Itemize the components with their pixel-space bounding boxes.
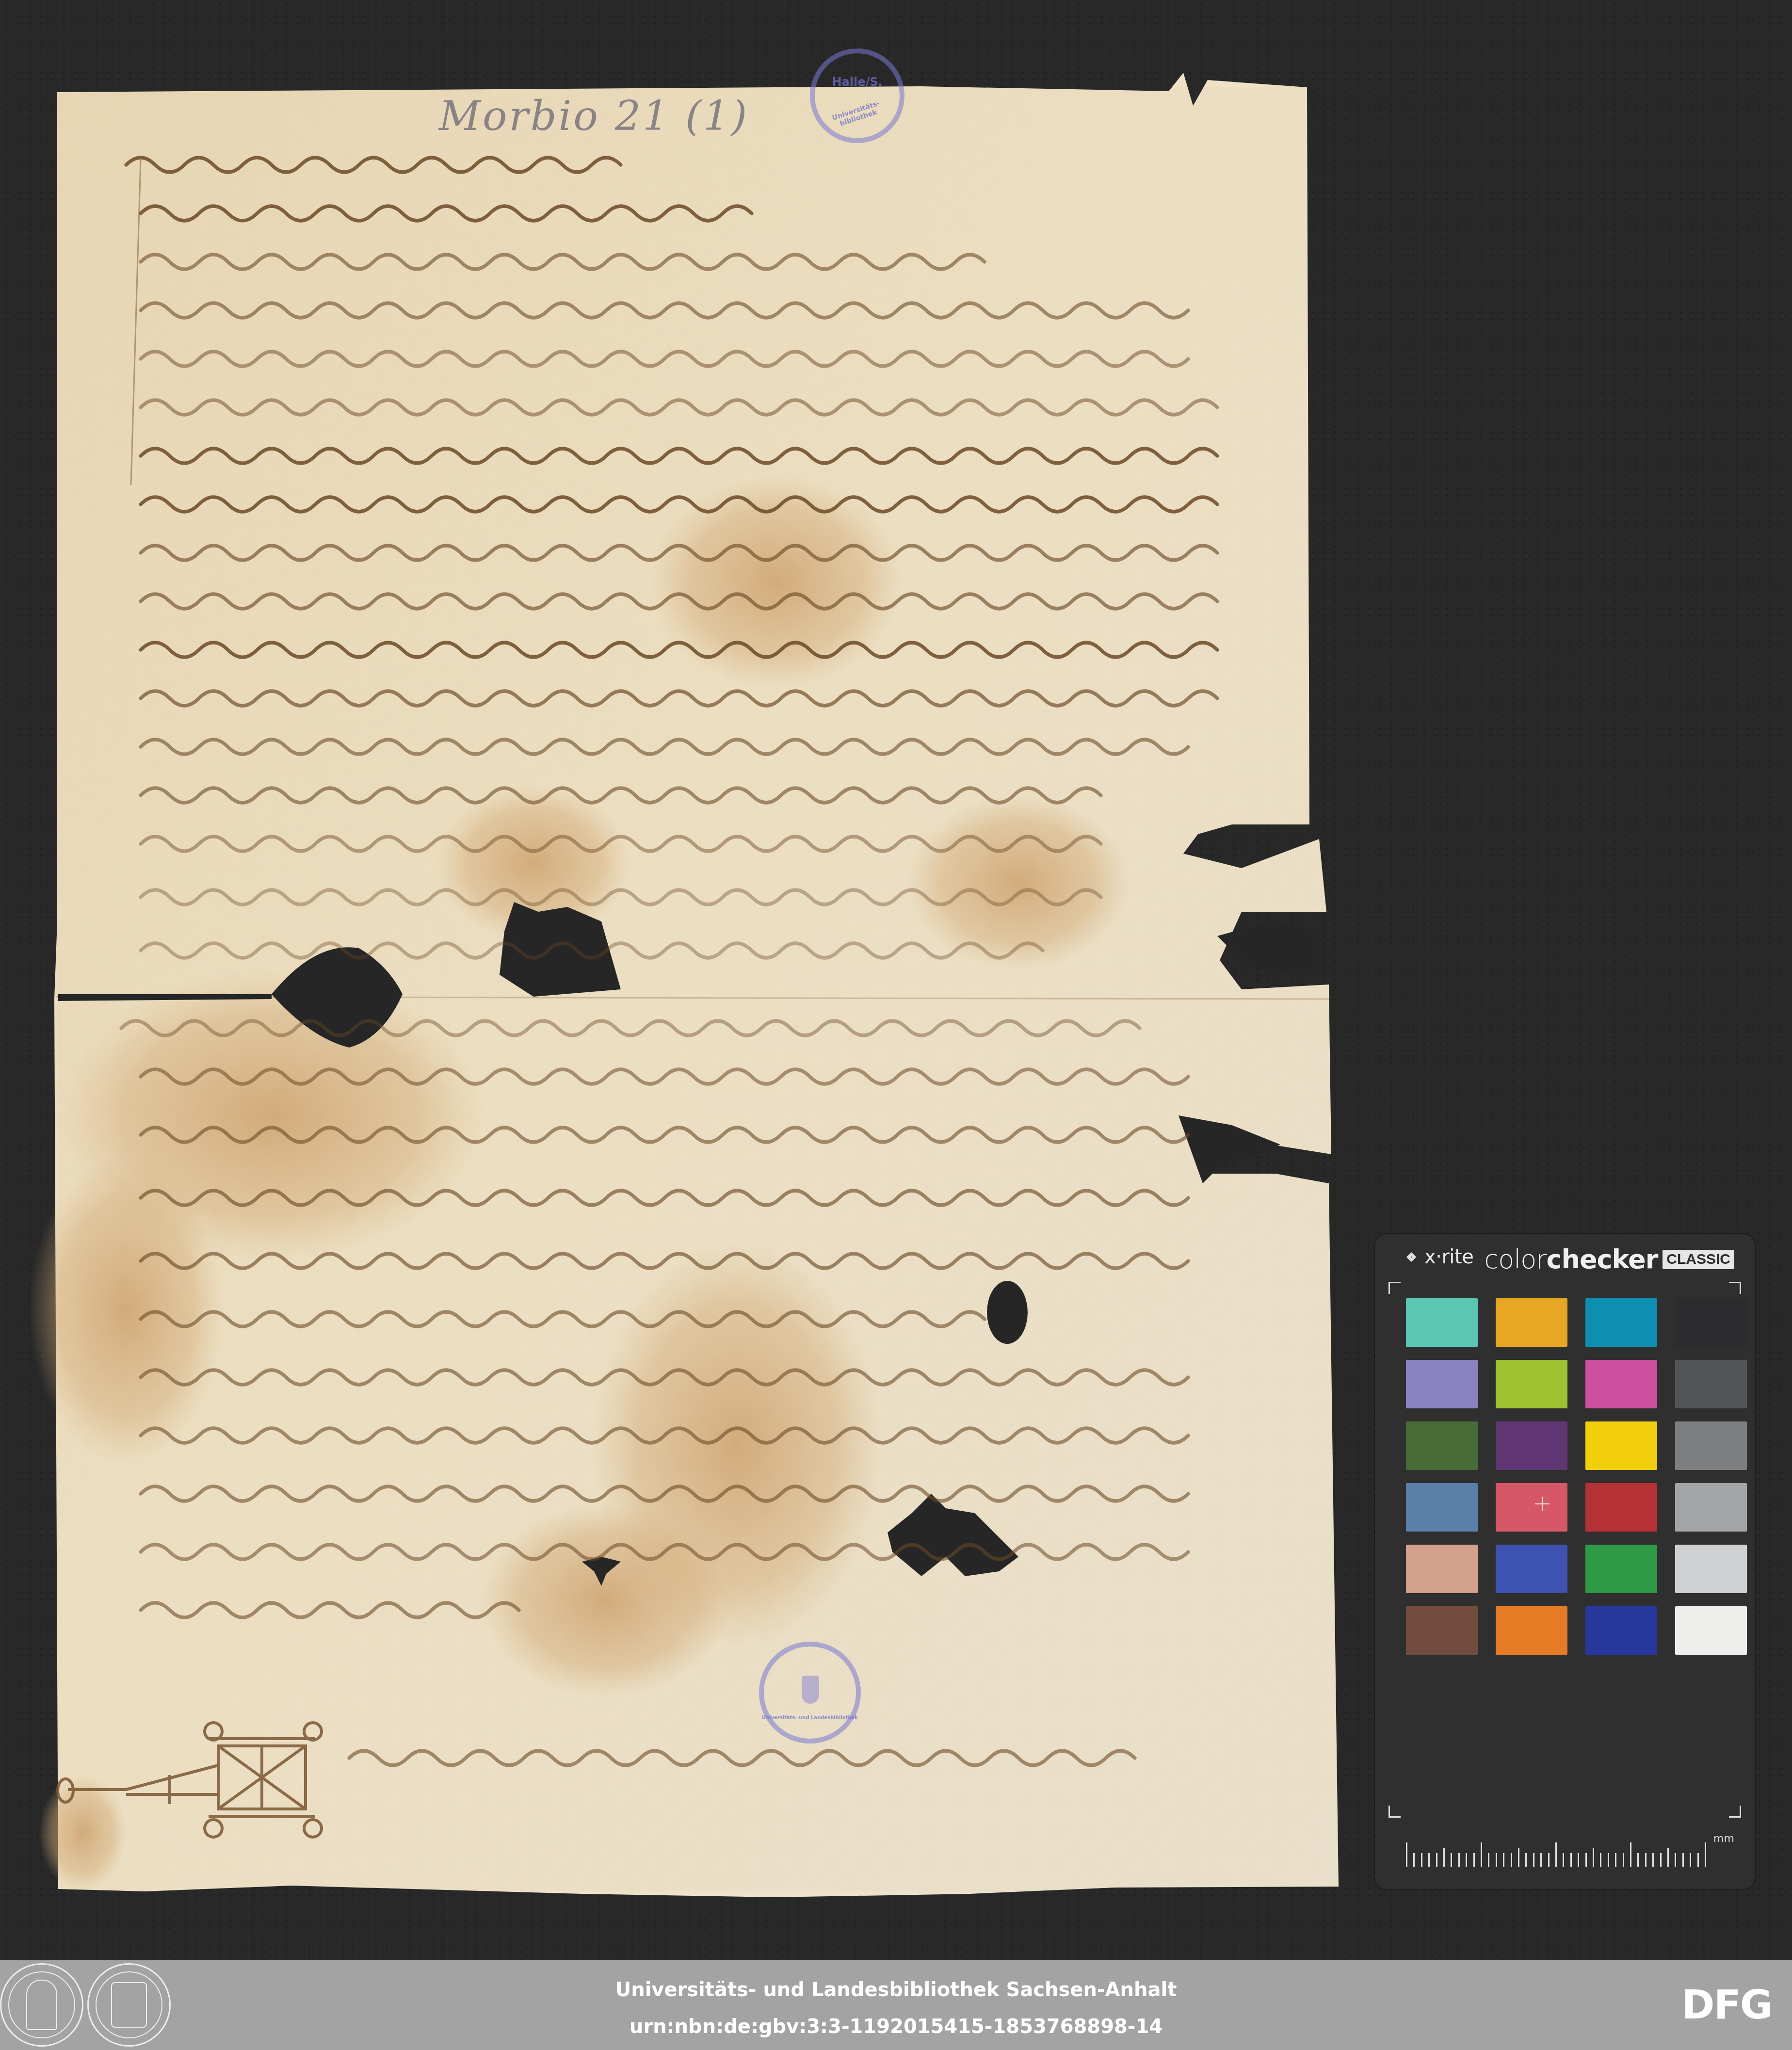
- ruler-tick: [1682, 1853, 1684, 1867]
- ruler-tick: [1630, 1842, 1631, 1867]
- mm-ruler: [1406, 1838, 1707, 1867]
- ruler-tick: [1413, 1853, 1415, 1867]
- color-patch: [1406, 1606, 1478, 1655]
- color-patch: [1585, 1545, 1657, 1593]
- ruler-tick: [1675, 1853, 1676, 1867]
- ruler-tick: [1533, 1853, 1534, 1867]
- ruler-tick: [1585, 1853, 1587, 1867]
- ruler-tick: [1578, 1853, 1579, 1867]
- ruler-tick: [1428, 1853, 1430, 1867]
- ruler-tick: [1518, 1848, 1519, 1867]
- color-patch: [1496, 1606, 1567, 1655]
- stamp-bottom-label: Universitäts- und Landesbibliothek: [759, 1715, 861, 1721]
- color-patch: [1675, 1298, 1747, 1347]
- ruler-tick: [1540, 1853, 1542, 1867]
- ruler-tick: [1466, 1853, 1467, 1867]
- stamp-top-ring: Universitäts-bibliothek: [814, 94, 900, 135]
- color-patch: [1675, 1545, 1747, 1593]
- ruler-tick: [1406, 1842, 1407, 1867]
- ruler-tick: [1503, 1853, 1504, 1867]
- ruler-tick: [1488, 1853, 1489, 1867]
- stamp-top-center: Halle/S.: [815, 75, 900, 89]
- colorchecker-title: color checker CLASSIC: [1485, 1244, 1734, 1275]
- ruler-tick: [1623, 1853, 1624, 1867]
- ruler-tick: [1600, 1853, 1601, 1867]
- color-patch: [1496, 1483, 1567, 1532]
- title-light: color: [1485, 1244, 1547, 1275]
- ruler-tick: [1496, 1853, 1497, 1867]
- ruler-tick: [1637, 1853, 1639, 1867]
- color-patch: [1585, 1483, 1657, 1532]
- color-patch: [1496, 1421, 1567, 1470]
- color-patch: [1675, 1483, 1747, 1532]
- color-patch: [1585, 1606, 1657, 1655]
- ruler-tick: [1451, 1853, 1452, 1867]
- color-patch: [1406, 1421, 1478, 1470]
- ruler-tick: [1570, 1853, 1572, 1867]
- ruler-unit: mm: [1713, 1833, 1734, 1845]
- ruler-tick: [1705, 1842, 1706, 1867]
- color-patch: [1496, 1360, 1567, 1408]
- ruler-tick: [1548, 1853, 1550, 1867]
- ruler-tick: [1555, 1842, 1557, 1867]
- ruler-tick: [1608, 1853, 1609, 1867]
- color-patch-grid: [1393, 1282, 1738, 1747]
- urn-identifier: urn:nbn:de:gbv:3:3-1192015415-1853768898…: [0, 2016, 1792, 2038]
- ruler-tick: [1593, 1848, 1594, 1867]
- color-patch: [1675, 1421, 1747, 1470]
- color-patch: [1406, 1483, 1478, 1532]
- classic-badge: CLASSIC: [1663, 1250, 1734, 1269]
- color-patch: [1585, 1360, 1657, 1408]
- footer-bar: Universitäts- und Landesbibliothek Sachs…: [0, 1960, 1792, 2050]
- ruler-tick: [1473, 1853, 1475, 1867]
- ruler-tick: [1443, 1848, 1445, 1867]
- ruler-tick: [1690, 1853, 1691, 1867]
- corner-mark-bl: [1388, 1806, 1401, 1818]
- ruler-tick: [1652, 1853, 1654, 1867]
- ruler-tick: [1481, 1842, 1482, 1867]
- archival-notation: Morbio 21 (1): [439, 92, 749, 140]
- library-stamp-bottom: Universitäts- und Landesbibliothek: [759, 1642, 861, 1743]
- ruler-tick: [1645, 1853, 1647, 1867]
- ruler-tick: [1563, 1853, 1564, 1867]
- ruler-tick: [1615, 1853, 1616, 1867]
- dfg-logo: DFG: [1682, 1985, 1772, 2025]
- ruler-tick: [1511, 1853, 1512, 1867]
- color-patch: [1585, 1421, 1657, 1470]
- color-patch: [1675, 1360, 1747, 1408]
- color-patch: [1675, 1606, 1747, 1655]
- ruler-tick: [1697, 1853, 1699, 1867]
- ruler-tick: [1660, 1853, 1662, 1867]
- color-checker-card: x·rite color checker CLASSIC mm: [1374, 1233, 1756, 1890]
- ruler-tick: [1436, 1853, 1437, 1867]
- xrite-brand: x·rite: [1403, 1246, 1473, 1268]
- corner-mark-br: [1729, 1806, 1741, 1818]
- title-bold: checker: [1547, 1244, 1658, 1275]
- ruler-tick: [1421, 1853, 1422, 1867]
- library-stamp-top: Halle/S. Universitäts-bibliothek: [810, 48, 904, 143]
- xrite-label: x·rite: [1424, 1246, 1473, 1268]
- color-patch: [1406, 1545, 1478, 1593]
- institution-name: Universitäts- und Landesbibliothek Sachs…: [0, 1979, 1792, 2001]
- ruler-tick: [1667, 1848, 1669, 1867]
- ruler-tick: [1525, 1853, 1527, 1867]
- color-patch: [1406, 1360, 1478, 1408]
- color-patch: [1585, 1298, 1657, 1347]
- color-patch: [1406, 1298, 1478, 1347]
- color-patch: [1496, 1298, 1567, 1347]
- crosshair-icon: [1535, 1497, 1550, 1511]
- color-patch: [1496, 1545, 1567, 1593]
- xrite-logo-icon: [1403, 1249, 1420, 1265]
- stamp-bottom-emblem: [802, 1676, 819, 1704]
- ruler-tick: [1458, 1853, 1460, 1867]
